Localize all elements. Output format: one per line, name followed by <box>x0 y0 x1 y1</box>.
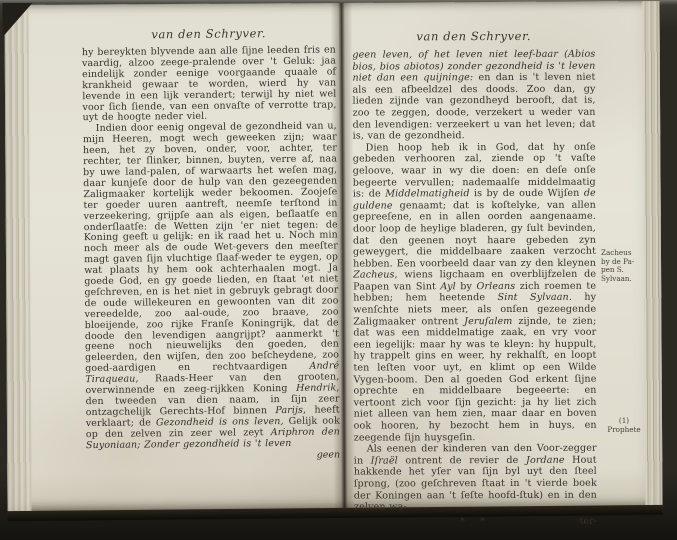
italic-run: Orleans <box>477 281 516 292</box>
signature-row: * * ter- <box>354 515 597 530</box>
text-run: zijnde, te zien; dat was een middelmatig… <box>353 315 596 443</box>
margin-note-prophete: (1) Prophete <box>603 417 645 434</box>
text-run: by <box>456 281 477 292</box>
italic-run: Jordane <box>526 455 565 466</box>
paragraph: Indien door eenig ongeval de gezondheid … <box>83 122 340 452</box>
italic-run: Middelmatigheid <box>385 188 469 199</box>
left-page-body: hy bereykten blyvende aan alle ſijne lee… <box>82 45 340 451</box>
text-run: ontrent de revier de <box>398 455 526 466</box>
left-page: van den Schryver. hy bereykten blyvende … <box>82 25 341 462</box>
right-page: van den Schryver. geen leven, of het lev… <box>352 29 597 531</box>
signature-mark: * * <box>354 515 597 527</box>
text-run: hy bereykten blyvende aan alle ſijne lee… <box>82 44 337 123</box>
italic-run: Zacheus <box>353 270 394 281</box>
right-page-body: geen leven, of het leven niet leef-baar … <box>352 49 597 514</box>
italic-run: Sint Sylvaan. <box>497 292 571 303</box>
book-photograph: van den Schryver. hy bereykten blyvende … <box>0 0 677 540</box>
italic-run: Hendrik <box>296 383 336 394</box>
right-running-head: van den Schryver. <box>352 29 595 44</box>
paragraph: Als eenen der kinderen van den Voor-zegg… <box>354 443 597 513</box>
open-book: van den Schryver. hy bereykten blyvende … <box>4 1 662 514</box>
italic-run: Iſraël <box>371 455 398 466</box>
catchword-text: geen <box>317 449 341 460</box>
paragraph: geen leven, of het leven niet leef-baar … <box>352 49 595 143</box>
italic-run: Jeruſalem <box>464 316 512 327</box>
paragraph: hy bereykten blyvende aan alle ſijne lee… <box>82 45 337 124</box>
right-catchword: ter- <box>580 515 597 526</box>
left-running-head: van den Schryver. <box>82 25 336 42</box>
italic-run: Ayl <box>440 281 455 292</box>
italic-run: Parijs <box>275 405 303 416</box>
page-edges-left <box>4 5 31 514</box>
paragraph: Dien hoop heb ik in God, dat hy onſe geb… <box>353 141 597 443</box>
text-run: Indien door eenig ongeval de gezondheid … <box>83 121 339 375</box>
text-run: is by de oude Wijſen <box>470 188 584 199</box>
margin-note-zacheus: Zacheus by de Pa- pen S. Sylvaan. <box>601 249 647 283</box>
